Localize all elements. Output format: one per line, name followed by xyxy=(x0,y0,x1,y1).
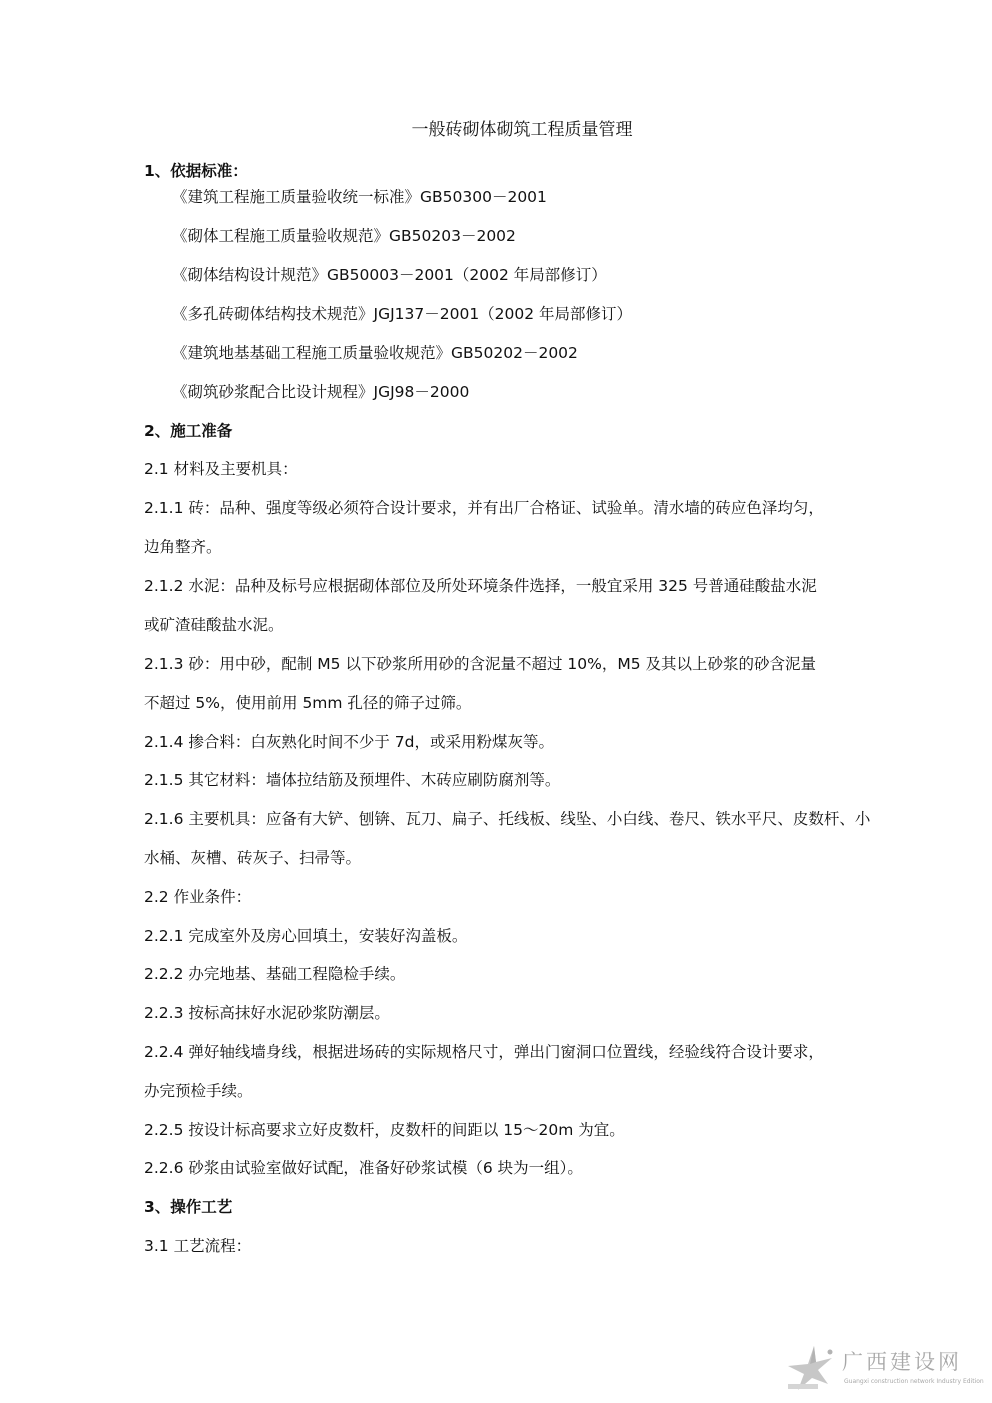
paragraph-line: 2.2 作业条件： xyxy=(144,886,251,908)
document-page: 一般砖砌体砌筑工程质量管理 1、依据标准：《建筑工程施工质量验收统一标准》GB5… xyxy=(0,0,992,1403)
paragraph-line: 办完预检手续。 xyxy=(144,1080,253,1102)
paragraph-line: 2.2.4 弹好轴线墙身线，根据进场砖的实际规格尺寸，弹出门窗洞口位置线，经验线… xyxy=(144,1041,824,1063)
paragraph-line: 2.1 材料及主要机具： xyxy=(144,458,298,480)
section-heading: 3、操作工艺 xyxy=(144,1196,232,1218)
paragraph-line: 2.1.1 砖：品种、强度等级必须符合设计要求，并有出厂合格证、试验单。清水墙的… xyxy=(144,497,824,519)
paragraph-line: 2.2.5 按设计标高要求立好皮数杆，皮数杆的间距以 15～20m 为宜。 xyxy=(144,1119,625,1141)
standard-reference-line: 《建筑工程施工质量验收统一标准》GB50300－2001 xyxy=(172,186,547,208)
paragraph-line: 2.1.4 掺合料：白灰熟化时间不少于 7d，或采用粉煤灰等。 xyxy=(144,731,554,753)
standard-reference-line: 《砌体工程施工质量验收规范》GB50203－2002 xyxy=(172,225,516,247)
paragraph-line: 边角整齐。 xyxy=(144,536,222,558)
standard-reference-line: 《多孔砖砌体结构技术规范》JGJ137－2001（2002 年局部修订） xyxy=(172,303,632,325)
paragraph-line: 2.1.5 其它材料：墙体拉结筋及预埋件、木砖应刷防腐剂等。 xyxy=(144,769,560,791)
standard-reference-line: 《砌体结构设计规范》GB50003－2001（2002 年局部修订） xyxy=(172,264,607,286)
standard-reference-line: 《砌筑砂浆配合比设计规程》JGJ98－2000 xyxy=(172,381,469,403)
paragraph-line: 不超过 5%，使用前用 5mm 孔径的筛子过筛。 xyxy=(144,692,471,714)
paragraph-line: 3.1 工艺流程： xyxy=(144,1235,251,1257)
section-heading: 1、依据标准： xyxy=(144,160,248,182)
watermark-logo: 广西建设网 Guangxi construction network Indus… xyxy=(780,1340,990,1400)
watermark-name-cn: 广西建设网 xyxy=(842,1346,962,1376)
document-title: 一般砖砌体砌筑工程质量管理 xyxy=(0,118,992,142)
star-logo-icon xyxy=(784,1344,834,1392)
paragraph-line: 水桶、灰槽、砖灰子、扫帚等。 xyxy=(144,847,361,869)
paragraph-line: 2.2.6 砂浆由试验室做好试配，准备好砂浆试模（6 块为一组）。 xyxy=(144,1157,583,1179)
paragraph-line: 2.1.3 砂：用中砂，配制 M5 以下砂浆所用砂的含泥量不超过 10%，M5 … xyxy=(144,653,816,675)
paragraph-line: 2.2.1 完成室外及房心回填土，安装好沟盖板。 xyxy=(144,925,467,947)
paragraph-line: 2.2.2 办完地基、基础工程隐检手续。 xyxy=(144,963,405,985)
paragraph-line: 2.2.3 按标高抹好水泥砂浆防潮层。 xyxy=(144,1002,390,1024)
paragraph-line: 2.1.6 主要机具：应备有大铲、刨锛、瓦刀、扁子、托线板、线坠、小白线、卷尺、… xyxy=(144,808,870,830)
paragraph-line: 或矿渣硅酸盐水泥。 xyxy=(144,614,284,636)
section-heading: 2、施工准备 xyxy=(144,420,232,442)
paragraph-line: 2.1.2 水泥：品种及标号应根据砌体部位及所处环境条件选择，一般宜采用 325… xyxy=(144,575,817,597)
watermark-name-en: Guangxi construction network Industry Ed… xyxy=(844,1378,984,1385)
standard-reference-line: 《建筑地基基础工程施工质量验收规范》GB50202－2002 xyxy=(172,342,578,364)
